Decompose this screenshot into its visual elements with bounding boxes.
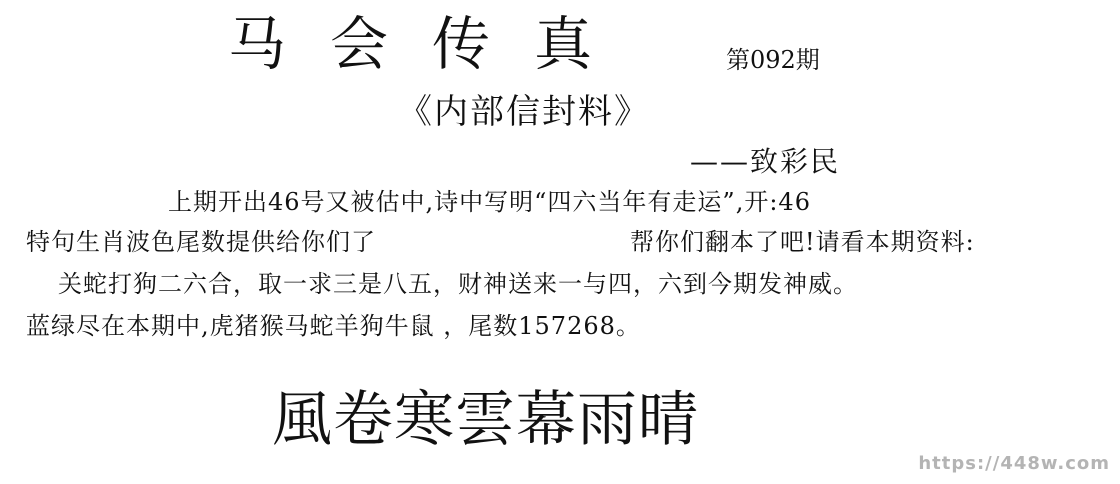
body-line-4: 蓝绿尽在本期中,虎猪猴马蛇羊狗牛鼠 ，尾数157268。 xyxy=(26,310,641,342)
page-title: 马会传真 xyxy=(228,6,636,82)
poem-line: 風卷寒雲幕雨晴 xyxy=(272,380,699,460)
issue-number: 第092期 xyxy=(726,44,820,76)
body-line-1: 上期开出46号又被估中,诗中写明“四六当年有走运”,开:46 xyxy=(168,186,811,218)
body-line-2: 特句生肖波色尾数提供给你们了 xyxy=(26,226,376,258)
watermark-url: https://448w.com xyxy=(918,453,1110,474)
subtitle: 《内部信封料》 xyxy=(398,90,650,134)
dedication: ——致彩民 xyxy=(690,144,840,180)
body-line-3: 关蛇打狗二六合，取一求三是八五，财神送来一与四，六到今期发神威。 xyxy=(58,268,858,300)
body-line-2-right: 帮你们翻本了吧!请看本期资料: xyxy=(630,226,975,258)
